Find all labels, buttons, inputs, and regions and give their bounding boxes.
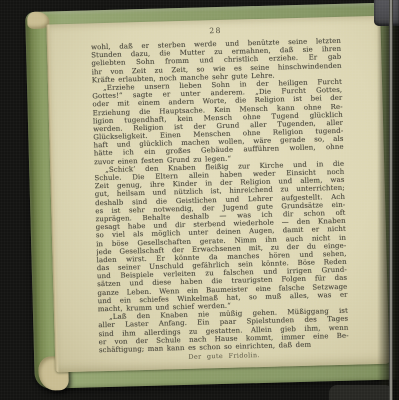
cradle-glass-edge: [389, 0, 393, 400]
book: 28 wohl, daß er sterben werde und benütz…: [25, 2, 399, 389]
page-number: 28: [91, 23, 341, 39]
book-page: 28 wohl, daß er sterben werde und benütz…: [46, 16, 389, 373]
photo-backdrop: 28 wohl, daß er sterben werde und benütz…: [0, 0, 399, 400]
gutter-shadow: [377, 0, 399, 400]
bottom-shadow: [329, 385, 393, 400]
text-block: wohl, daß er sterben werde und benützte …: [91, 37, 349, 355]
page-content: 28 wohl, daß er sterben werde und benütz…: [46, 16, 389, 373]
book-clamp: [374, 0, 399, 26]
